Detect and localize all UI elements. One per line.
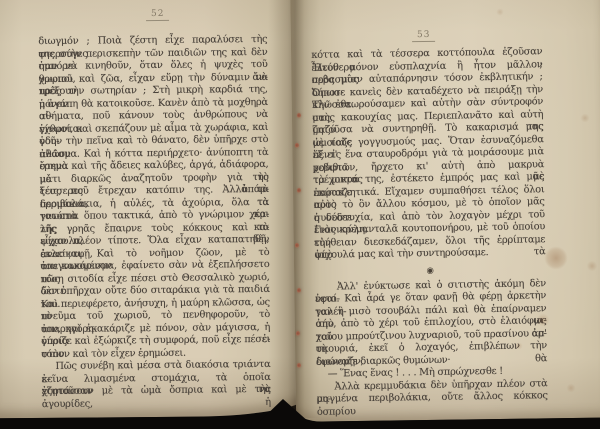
binding-stitch: [297, 188, 301, 193]
binding-stitch: [295, 243, 299, 248]
right-page-paragraph-2: Ἀλλ' ἐνύκτωσε καὶ ὁ σιτιστὴς ἀκόμη δὲν ἐ…: [315, 278, 548, 407]
page-number-right: 53: [412, 30, 436, 42]
text-line: χορτάσουν μὲ τὰ ὠμὰ ὄσπρια καὶ μὲ τὴς ἀγ…: [42, 384, 271, 399]
text-line: γύριζε καὶ ἐξώρκιζε τὴ συμφορά, ποῦ εἶχε…: [41, 334, 270, 349]
binding-stitch: [297, 288, 301, 293]
right-page-paragraph-1: κόττα καὶ τὰ τέσσερα κοττόπουλα ἐζοῦσαν …: [311, 46, 545, 262]
binding-stitch: [297, 113, 301, 118]
left-page-text: διωγμόν ; Ποιὰ ζέστη εἶχε παραλύσει τὴς …: [38, 34, 270, 399]
binding-stitch: [295, 143, 299, 148]
binding-stitch: [296, 331, 300, 336]
text-line: σκουριά, ἐκεῖ ὁ λοχαγός, ἐπιβλέπων τὴν δ…: [316, 340, 547, 356]
book-photo: 52 53 διωγμόν ; Ποιὰ ζέστη εἶχε παραλύσε…: [0, 0, 600, 429]
left-page-lines: διωγμόν ; Ποιὰ ζέστη εἶχε παραλύσει τὴς …: [38, 34, 270, 399]
binding-stitch: [297, 363, 301, 368]
page-number-left: 52: [146, 9, 170, 21]
section-divider-ornament-icon: ◉: [426, 261, 434, 280]
right-page-text: κόττα καὶ τὰ τέσσερα κοττόπουλα ἐζοῦσαν …: [311, 46, 548, 406]
